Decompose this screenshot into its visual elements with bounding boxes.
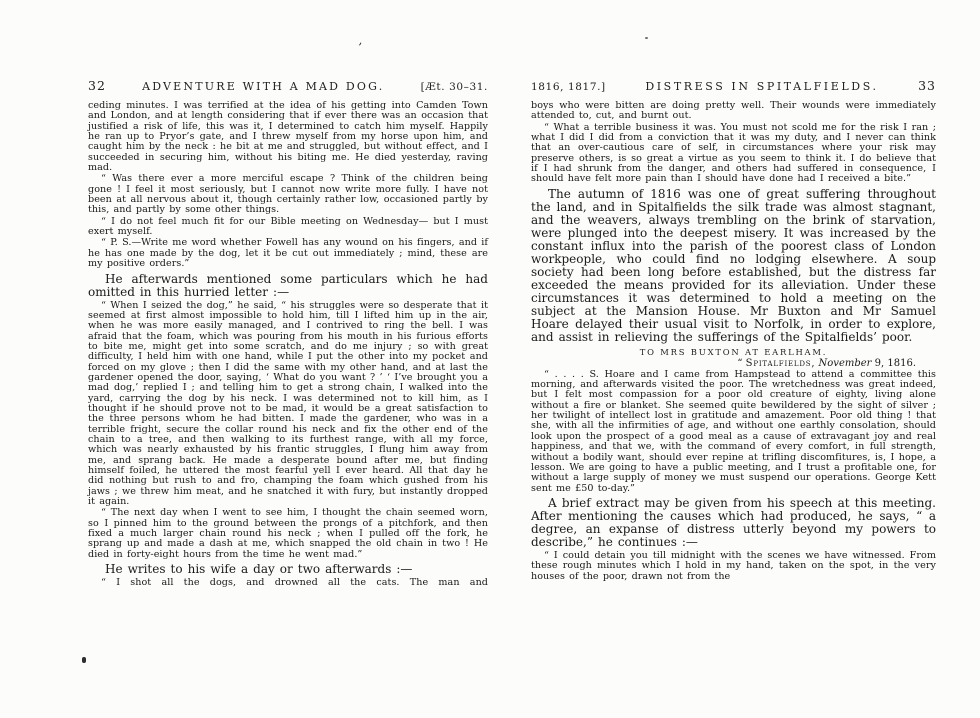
scan-speck (645, 37, 648, 39)
dateline-month: November (815, 358, 871, 369)
scan-artifact-comma: , (358, 33, 364, 47)
paragraph: He writes to his wife a day or two after… (88, 563, 488, 576)
paragraph: “ The next day when I went to see him, I… (88, 508, 488, 560)
page-header-right: 1816, 1817.] DISTRESS IN SPITALFIELDS. 3… (531, 78, 936, 93)
page-number: 32 (88, 78, 106, 93)
scan-speck (82, 657, 86, 663)
book-page-left: 32 ADVENTURE WITH A MAD DOG. [Æt. 30–31.… (88, 78, 488, 589)
letter-dateline: “ Spitalfields, November 9, 1816. (531, 358, 936, 369)
paragraph: “ I could detain you till midnight with … (531, 551, 936, 582)
running-title: ADVENTURE WITH A MAD DOG. (142, 80, 384, 93)
paragraph: “ Was there ever a more merciful escape … (88, 174, 488, 215)
dateline-rest: 9, 1816. (871, 358, 916, 369)
paragraph: A brief extract may be given from his sp… (531, 497, 936, 549)
paragraph: “ I shot all the dogs, and drowned all t… (88, 578, 488, 588)
book-page-right: 1816, 1817.] DISTRESS IN SPITALFIELDS. 3… (531, 78, 936, 583)
date-range-note: 1816, 1817.] (531, 81, 606, 93)
paragraph: boys who were bitten are doing pretty we… (531, 101, 936, 122)
paragraph: The autumn of 1816 was one of great suff… (531, 188, 936, 344)
dateline-quote: “ (737, 358, 745, 369)
page-number: 33 (918, 78, 936, 93)
paragraph: “ . . . . S. Hoare and I came from Hamps… (531, 370, 936, 494)
paragraph: “ When I seized the dog,” he said, “ his… (88, 301, 488, 508)
letter-heading: TO MRS BUXTON AT EARLHAM. (531, 347, 936, 357)
paragraph: “ P. S.—Write me word whether Fowell has… (88, 238, 488, 269)
paragraph: “ I do not feel much fit for our Bible m… (88, 217, 488, 238)
paragraph: He afterwards mentioned some particulars… (88, 273, 488, 299)
running-title: DISTRESS IN SPITALFIELDS. (645, 80, 878, 93)
paragraph: ceding minutes. I was terrified at the i… (88, 101, 488, 173)
paragraph: “ What a terrible business it was. You m… (531, 123, 936, 185)
page-header-left: 32 ADVENTURE WITH A MAD DOG. [Æt. 30–31. (88, 78, 488, 93)
age-note: [Æt. 30–31. (421, 81, 488, 93)
dateline-place: Spitalfields, (746, 358, 816, 369)
